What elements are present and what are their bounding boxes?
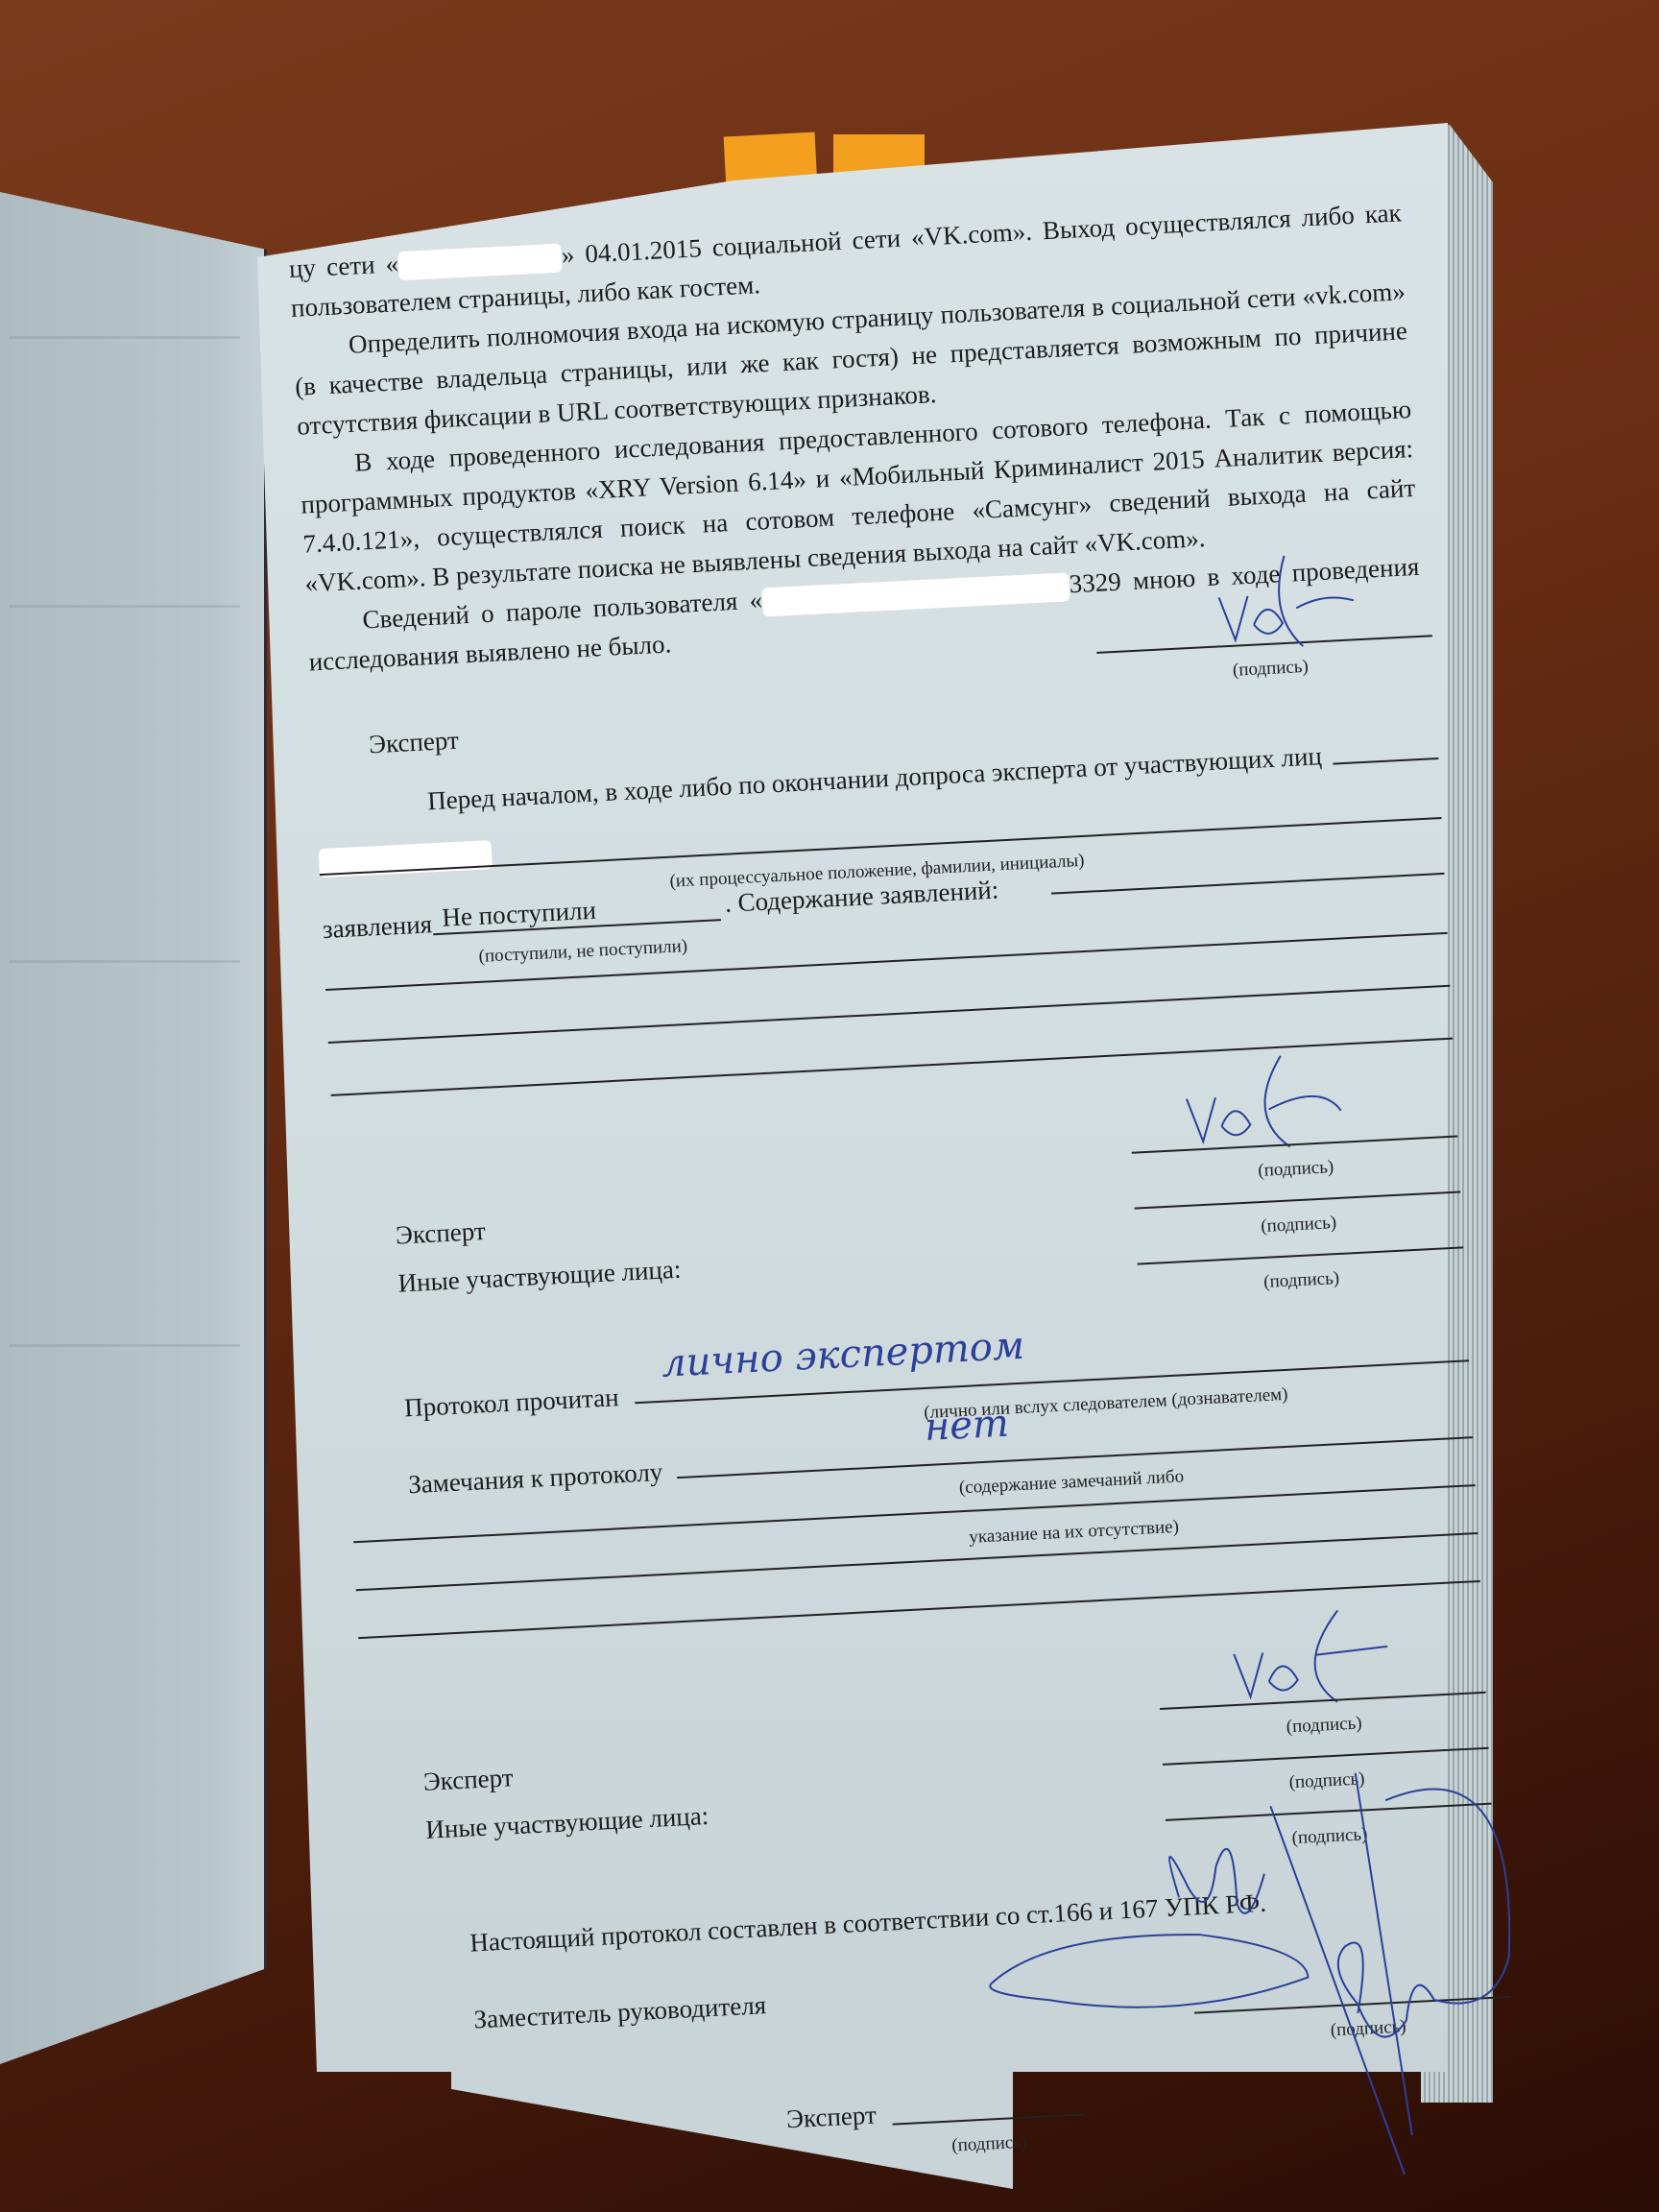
document-content: цу сети «» 04.01.2015 социальной сети «V… (288, 193, 1498, 2177)
signature-scribble (1208, 552, 1366, 656)
remarks-value: нет (924, 1405, 1010, 1448)
final-block: Настоящий протокол составлен в соответст… (373, 1853, 1499, 2177)
redaction (761, 572, 1070, 616)
left-page (0, 192, 267, 2064)
protocol-read-value: лично экспертом (661, 1327, 1025, 1384)
redaction (397, 243, 562, 280)
deputy-signature-scribble (981, 1765, 1539, 2195)
